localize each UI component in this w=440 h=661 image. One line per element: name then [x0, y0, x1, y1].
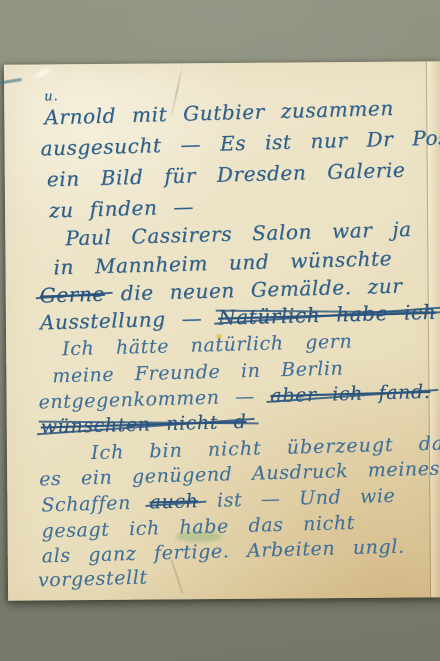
handwriting-segment: zu finden — [49, 194, 195, 222]
handwriting-segment: ein Bild für Dresden Galerie [46, 158, 405, 192]
crease-line [170, 559, 183, 594]
handwriting-segment: Schaffen [41, 492, 150, 517]
struck-text: Gerne [39, 283, 105, 307]
struck-text: aber ich fand. [270, 382, 431, 407]
handwriting-line: ausgesucht — Es ist nur Dr Posse [40, 126, 440, 160]
photo-background: u. Arnold mit Gutbier zusammen ausgesuch… [0, 0, 440, 661]
handwriting-line: wünschten nicht d [40, 412, 246, 438]
scratch-mark [29, 63, 56, 82]
handwriting-segment: u. [44, 89, 59, 104]
handwriting-line: entgegenkommen — aber ich fand. [38, 382, 430, 413]
handwriting-segment: vorgestellt [38, 567, 148, 592]
handwriting-line: meine Freunde in Berlin [52, 358, 344, 387]
handwriting-segment: ausgesucht — Es ist nur Dr Posse [40, 125, 440, 161]
handwriting-line: vorgestellt [38, 568, 148, 592]
handwriting-line: in Mannheim und wünschte [53, 247, 392, 278]
struck-text: auch [149, 491, 198, 513]
handwriting-segment: Ich hätte natürlich gern [62, 330, 353, 360]
handwriting-line: Ich hätte natürlich gern [62, 331, 353, 360]
handwriting-line: Arnold mit Gutbier zusammen [44, 97, 394, 128]
handwriting-segment: Ausstellung — [40, 306, 219, 335]
handwriting-line: u. [44, 90, 59, 105]
handwriting-segment: entgegenkommen — [38, 385, 270, 413]
struck-text: Natürlich habe ich [218, 301, 437, 329]
handwriting-line: ein Bild für Dresden Galerie [47, 159, 406, 191]
handwriting-line: zu finden — [49, 195, 194, 221]
letter-paper: u. Arnold mit Gutbier zusammen ausgesuch… [4, 61, 440, 600]
handwriting-line: Paul Cassirers Salon war ja [65, 218, 412, 249]
handwriting-segment: Paul Cassirers Salon war ja [65, 217, 412, 250]
handwriting-segment: Arnold mit Gutbier zusammen [44, 96, 394, 129]
handwriting-line: als ganz fertige. Arbeiten ungl. [41, 537, 404, 568]
handwriting-segment: meine Freunde in Berlin [52, 357, 344, 387]
struck-text: wünschten nicht d [40, 412, 246, 438]
handwriting-segment: ist — Und wie [198, 485, 396, 512]
ink-smudge [0, 78, 22, 85]
